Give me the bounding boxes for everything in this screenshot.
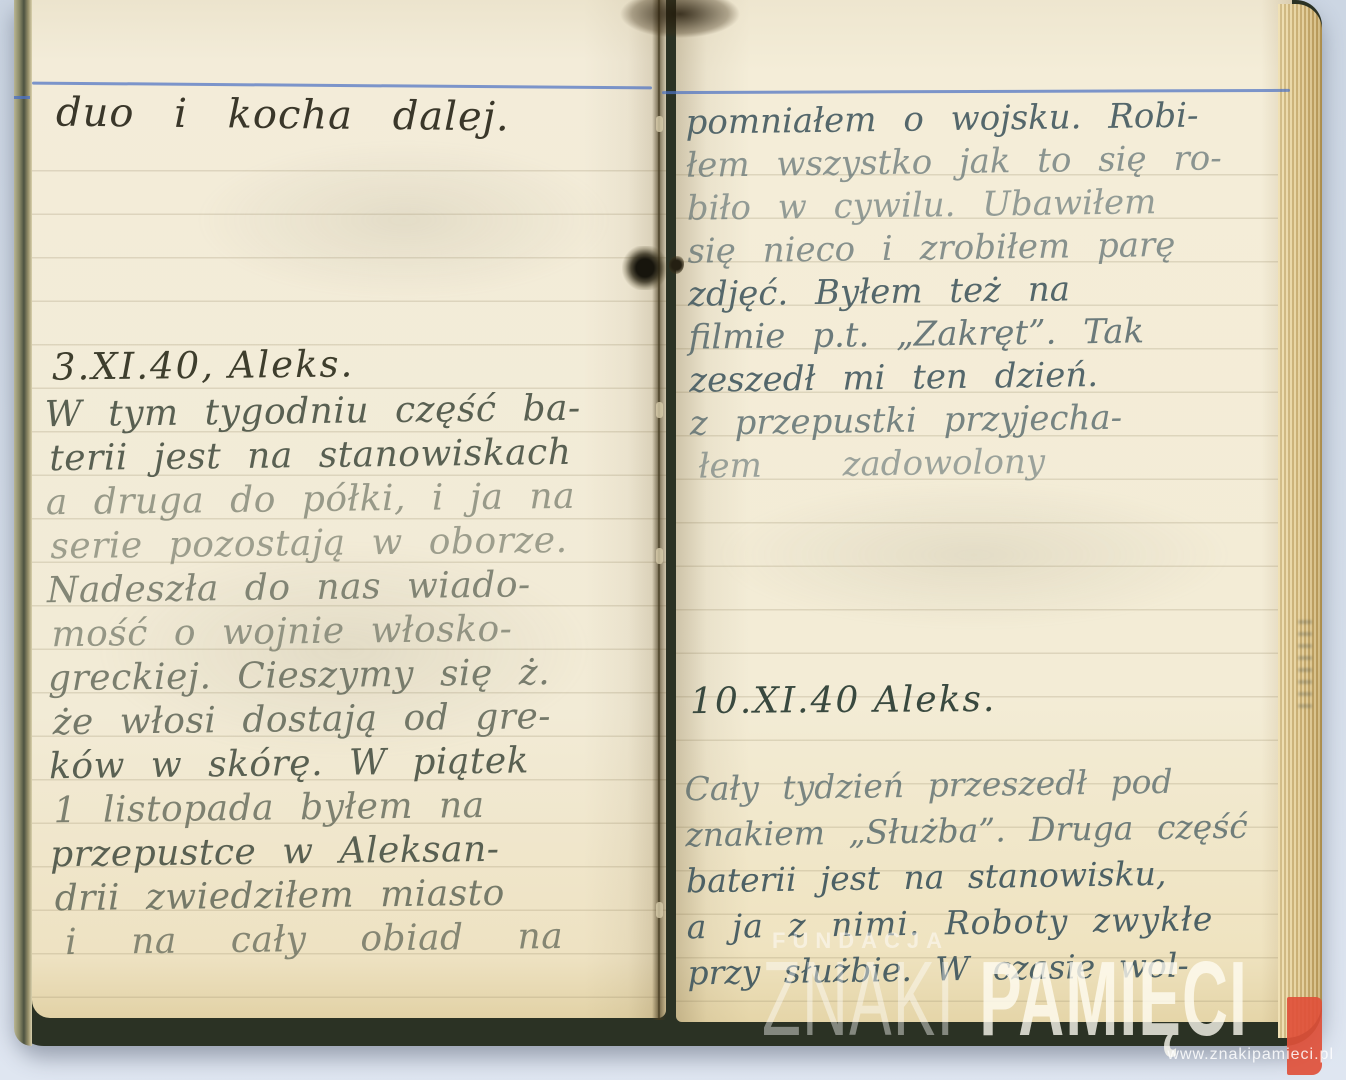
binding-stitch (656, 116, 663, 132)
handwriting-line: mość o wojnie włosko- (51, 607, 583, 657)
handwriting-line: Nadeszła do nas wiado- (47, 563, 583, 614)
diary-entry-continuation: pomniałem o wojsku. Robi- łem wszystko j… (685, 94, 1226, 488)
handwriting-line: biło w cywilu. Ubawiłem (687, 180, 1223, 230)
gutter-smudge (600, 0, 760, 46)
watermark-brand: ZNAKI PAMIĘCI (762, 946, 1248, 1052)
binding-gutter (652, 0, 666, 1020)
diary-date-heading: 10.XI.40 Aleks. (690, 679, 997, 722)
edge-pencil-marks (1298, 620, 1312, 710)
margin-line-edge-tick (14, 96, 30, 99)
handwriting-line: serie pozostają w oborze. (50, 519, 582, 569)
cover-edge-left (14, 0, 32, 1046)
handwriting-line: 1 listopada byłem na (53, 783, 585, 833)
handwriting-line: a druga do półki, i ja na (46, 475, 582, 526)
watermark-brand-pamieci: PAMIĘCI (979, 946, 1248, 1052)
handwriting-line: filmie p.t. „Zakręt”. Tak (688, 309, 1224, 359)
diary-date-heading: 3.XI.40, Aleks. (52, 342, 355, 388)
opening-line: duo i kocha dalej. (56, 90, 510, 141)
handwriting-line: W tym tygodniu część ba- (45, 387, 581, 438)
binding-stitch (656, 548, 663, 564)
watermark-url: www.znakipamieci.pl (1167, 1046, 1334, 1064)
ink-blot (622, 246, 668, 290)
handwriting-line: zeszedł mi ten dzień. (689, 352, 1225, 402)
diary-entry-left: W tym tygodniu część ba- terii jest na s… (45, 387, 588, 966)
handwriting-line: greckiej. Cieszymy się ż. (48, 651, 584, 702)
handwriting-line: znakiem „Służba”. Druga część (685, 804, 1248, 859)
handwriting-line: łem wszystko jak to się ro- (686, 137, 1222, 187)
handwriting-line: się nieco i zrobiłem parę (687, 223, 1223, 273)
scan-background: duo i kocha dalej. 3.XI.40, Aleks. W tym… (0, 0, 1346, 1080)
handwriting-line: że włosi dostają od gre- (52, 695, 584, 745)
handwriting-line: drii zwiedziłem miasto (54, 871, 586, 921)
handwriting-line: przepustce w Aleksan- (50, 827, 586, 878)
handwriting-line: ków w skórę. W piątek (49, 739, 585, 790)
handwriting-line: łem zadowolony (698, 438, 1226, 488)
handwriting-line: terii jest na stanowiskach (49, 431, 581, 481)
watermark-brand-znaki: ZNAKI (762, 946, 955, 1052)
handwriting-line: zdjęć. Byłem też na (688, 266, 1224, 316)
binding-stitch (656, 402, 663, 418)
handwriting-line: pomniałem o wojsku. Robi- (685, 94, 1221, 144)
page-edge-stack (1278, 4, 1322, 1038)
handwriting-line: z przepustki przyjecha- (690, 395, 1226, 445)
binding-stitch (656, 902, 663, 918)
handwriting-line: i na cały obiad na (65, 915, 587, 965)
